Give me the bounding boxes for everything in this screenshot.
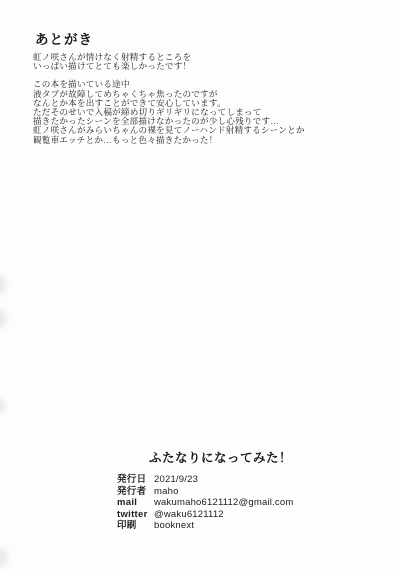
colophon-row-publisher: 発行者 maho [117,486,293,498]
scanned-afterword-page: あとがき 虹ノ咲さんが情けなく射精するところを いっぱい描けてとても楽しかったで… [0,0,400,570]
colophon-value: maho [154,486,179,498]
colophon-label: mail [117,497,154,509]
scan-artifact [0,548,8,566]
colophon-row-publish-date: 発行日 2021/9/23 [117,474,293,486]
afterword-line: 観覧車エッチとか…もっと色々描きたかった！ [33,136,305,145]
colophon-value: booknext [154,520,194,532]
colophon-value: wakumaho6121112@gmail.com [154,497,293,509]
scan-artifact [0,276,6,294]
afterword-paragraph-1: 虹ノ咲さんが情けなく射精するところを いっぱい描けてとても楽しかったです！ [33,53,305,71]
afterword-body: 虹ノ咲さんが情けなく射精するところを いっぱい描けてとても楽しかったです！ この… [33,53,305,154]
colophon-label: twitter [117,509,154,521]
scan-artifact [0,398,5,414]
colophon: 発行日 2021/9/23 発行者 maho mail wakumaho6121… [117,474,293,532]
afterword-paragraph-2: この本を描いている途中 液タブが故障してめちゃくちゃ焦ったのですが なんとか本を… [33,80,305,144]
book-title: ふたなりになってみた！ [149,448,292,466]
afterword-heading: あとがき [35,28,93,48]
afterword-line: いっぱい描けてとても楽しかったです！ [33,62,305,71]
colophon-label: 発行者 [117,486,154,498]
colophon-value: 2021/9/23 [154,474,198,486]
colophon-row-mail: mail wakumaho6121112@gmail.com [117,497,293,509]
colophon-value: @waku6121112 [154,509,224,521]
scan-artifact [0,308,6,328]
colophon-row-twitter: twitter @waku6121112 [117,509,293,521]
colophon-row-printer: 印刷 booknext [117,520,293,532]
colophon-label: 発行日 [117,474,154,486]
colophon-label: 印刷 [117,520,154,532]
